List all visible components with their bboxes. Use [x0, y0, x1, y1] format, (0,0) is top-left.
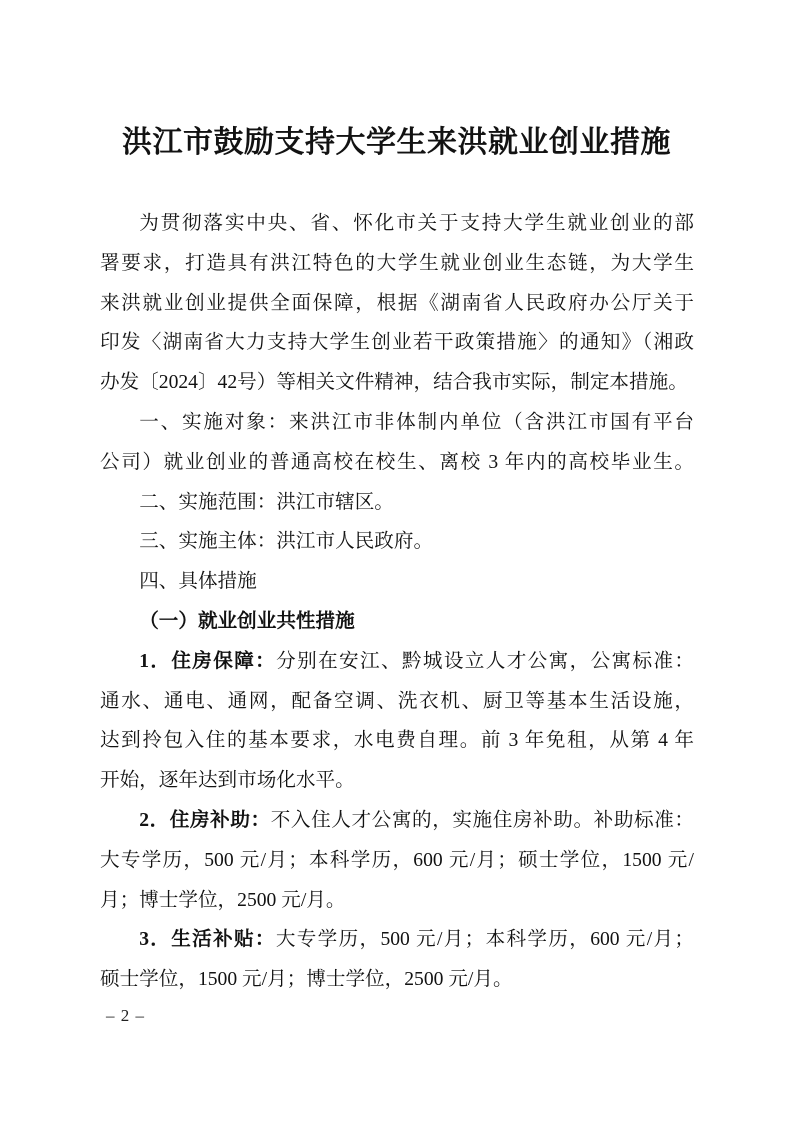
- document-page: 洪江市鼓励支持大学生来洪就业创业措施 为贯彻落实中央、省、怀化市关于支持大学生就…: [0, 0, 793, 1122]
- text-run: 分别在安江、黔城设立人才公寓，公寓标准：: [276, 651, 694, 672]
- paragraph-line: 达到拎包入住的基本要求，水电费自理。前 3 年免租，从第 4 年: [100, 721, 694, 761]
- paragraph-line: 署要求，打造具有洪江特色的大学生就业创业生态链，为大学生: [100, 244, 694, 284]
- text-run: 一、实施对象：来洪江市非体制内单位（含洪江市国有平台: [139, 412, 694, 433]
- text-run: 硕士学位，1500 元/月；博士学位，2500 元/月。: [100, 969, 513, 990]
- paragraph-line: 二、实施范围：洪江市辖区。: [100, 483, 694, 523]
- text-run: 三、实施主体：洪江市人民政府。: [139, 531, 433, 552]
- measure-1-housing-guarantee: 1．住房保障：分别在安江、黔城设立人才公寓，公寓标准：通水、通电、通网，配备空调…: [100, 642, 694, 801]
- measure-2-housing-subsidy: 2．住房补助：不入住人才公寓的，实施住房补助。补助标准：大专学历，500 元/月…: [100, 801, 694, 920]
- paragraph-line: 公司）就业创业的普通高校在校生、离校 3 年内的高校毕业生。: [100, 443, 694, 483]
- paragraph-line: 1．住房保障：分别在安江、黔城设立人才公寓，公寓标准：: [100, 642, 694, 682]
- text-run: 办发〔2024〕42号）等相关文件精神，结合我市实际，制定本措施。: [100, 372, 688, 393]
- text-run: 印发〈湖南省大力支持大学生创业若干政策措施〉的通知》（湘政: [100, 332, 694, 353]
- text-run: 开始，逐年达到市场化水平。: [100, 770, 355, 791]
- measure-3-living-allowance: 3．生活补贴：大专学历，500 元/月；本科学历，600 元/月；硕士学位，15…: [100, 920, 694, 1000]
- document-title: 洪江市鼓励支持大学生来洪就业创业措施: [0, 126, 793, 160]
- item-4-measures: 四、具体措施: [100, 562, 694, 602]
- text-run: 来洪就业创业提供全面保障，根据《湖南省人民政府办公厅关于: [100, 293, 694, 314]
- text-run: 通水、通电、通网，配备空调、洗衣机、厨卫等基本生活设施，: [100, 691, 694, 712]
- paragraph-line: 月；博士学位，2500 元/月。: [100, 881, 694, 921]
- section-heading-common-measures: （一）就业创业共性措施: [100, 602, 694, 642]
- item-3-subject: 三、实施主体：洪江市人民政府。: [100, 522, 694, 562]
- page-number: – 2 –: [106, 1006, 145, 1026]
- bold-text-run: 2．住房补助：: [139, 810, 271, 831]
- paragraph-line: 来洪就业创业提供全面保障，根据《湖南省人民政府办公厅关于: [100, 284, 694, 324]
- paragraph-line: 一、实施对象：来洪江市非体制内单位（含洪江市国有平台: [100, 403, 694, 443]
- paragraph-line: 通水、通电、通网，配备空调、洗衣机、厨卫等基本生活设施，: [100, 682, 694, 722]
- item-1-target: 一、实施对象：来洪江市非体制内单位（含洪江市国有平台公司）就业创业的普通高校在校…: [100, 403, 694, 483]
- text-run: 署要求，打造具有洪江特色的大学生就业创业生态链，为大学生: [100, 253, 694, 274]
- document-body: 为贯彻落实中央、省、怀化市关于支持大学生就业创业的部署要求，打造具有洪江特色的大…: [100, 204, 694, 1000]
- paragraph-line: 硕士学位，1500 元/月；博士学位，2500 元/月。: [100, 960, 694, 1000]
- bold-text-run: 1．住房保障：: [139, 651, 276, 672]
- text-run: 公司）就业创业的普通高校在校生、离校 3 年内的高校毕业生。: [100, 452, 694, 473]
- paragraph-line: 为贯彻落实中央、省、怀化市关于支持大学生就业创业的部: [100, 204, 694, 244]
- paragraph-line: 2．住房补助：不入住人才公寓的，实施住房补助。补助标准：: [100, 801, 694, 841]
- text-run: 达到拎包入住的基本要求，水电费自理。前 3 年免租，从第 4 年: [100, 730, 694, 751]
- text-run: 二、实施范围：洪江市辖区。: [139, 492, 394, 513]
- text-run: 大专学历，500 元/月；本科学历，600 元/月；硕士学位，1500 元/: [100, 850, 694, 871]
- bold-text-run: 3．生活补贴：: [139, 929, 276, 950]
- text-run: 月；博士学位，2500 元/月。: [100, 890, 345, 911]
- bold-text-run: （一）就业创业共性措施: [139, 611, 355, 632]
- paragraph-line: （一）就业创业共性措施: [100, 602, 694, 642]
- paragraph-line: 开始，逐年达到市场化水平。: [100, 761, 694, 801]
- text-run: 四、具体措施: [139, 571, 257, 592]
- text-run: 不入住人才公寓的，实施住房补助。补助标准：: [271, 810, 694, 831]
- text-run: 大专学历，500 元/月；本科学历，600 元/月；: [276, 929, 694, 950]
- paragraph-line: 四、具体措施: [100, 562, 694, 602]
- paragraph-line: 大专学历，500 元/月；本科学历，600 元/月；硕士学位，1500 元/: [100, 841, 694, 881]
- text-run: 为贯彻落实中央、省、怀化市关于支持大学生就业创业的部: [139, 213, 694, 234]
- paragraph-line: 三、实施主体：洪江市人民政府。: [100, 522, 694, 562]
- item-2-scope: 二、实施范围：洪江市辖区。: [100, 483, 694, 523]
- intro-paragraph: 为贯彻落实中央、省、怀化市关于支持大学生就业创业的部署要求，打造具有洪江特色的大…: [100, 204, 694, 403]
- paragraph-line: 3．生活补贴：大专学历，500 元/月；本科学历，600 元/月；: [100, 920, 694, 960]
- paragraph-line: 办发〔2024〕42号）等相关文件精神，结合我市实际，制定本措施。: [100, 363, 694, 403]
- paragraph-line: 印发〈湖南省大力支持大学生创业若干政策措施〉的通知》（湘政: [100, 323, 694, 363]
